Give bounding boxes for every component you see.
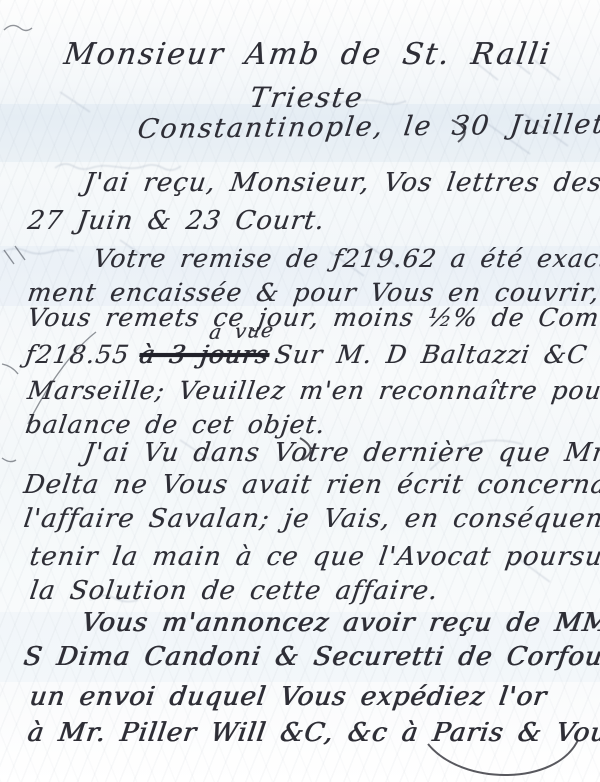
- body-line: Vous m'annoncez avoir reçu de MM: [80, 610, 600, 636]
- body-line: S Dima Candoni & Securetti de Corfou: [22, 644, 600, 670]
- body-line: Marseille; Veuillez m'en reconnaître pou…: [26, 378, 600, 403]
- body-line: la Solution de cette affaire.: [28, 578, 440, 604]
- body-line: J'ai reçu, Monsieur, Vos lettres des: [82, 170, 600, 196]
- letter-page: Monsieur Amb de St. Ralli Trieste Consta…: [0, 0, 600, 782]
- amount-value: ƒ218.55: [24, 340, 132, 369]
- body-line: tenir la main à ce que l'Avocat poursuiv…: [28, 544, 600, 570]
- amount-line: ƒ218.55à 3 joursSur M. D Baltazzi &C à: [24, 342, 600, 367]
- body-line: balance de cet objet.: [24, 412, 327, 437]
- drawee-text: Sur M. D Baltazzi &C à: [273, 340, 600, 369]
- recipient-line: Monsieur Amb de St. Ralli: [62, 40, 553, 70]
- body-line: Vous remets ce jour, moins ½% de Commn.: [26, 305, 600, 330]
- body-line: Delta ne Vous avait rien écrit concernan…: [22, 472, 600, 498]
- body-line: ment encaissée & pour Vous en couvrir, j…: [26, 280, 600, 305]
- body-line: à Mr. Piller Will &C, &c à Paris & Vous: [26, 720, 600, 746]
- body-line: 27 Juin & 23 Court.: [26, 208, 327, 234]
- dateline: Constantinople, le 30 Juillet 1859: [136, 110, 600, 143]
- destination-line: Trieste: [248, 84, 366, 112]
- body-line: l'affaire Savalan; je Vais, en conséquen…: [22, 506, 600, 532]
- body-line: J'ai Vu dans Votre dernière que Mr.: [82, 440, 600, 466]
- struck-text: à 3 jours: [137, 340, 270, 369]
- body-line: Votre remise de ƒ219.62 a été exacte-: [92, 246, 600, 271]
- body-line: un envoi duquel Vous expédiez l'or: [28, 684, 549, 710]
- interline-correction: à vue: [208, 320, 275, 342]
